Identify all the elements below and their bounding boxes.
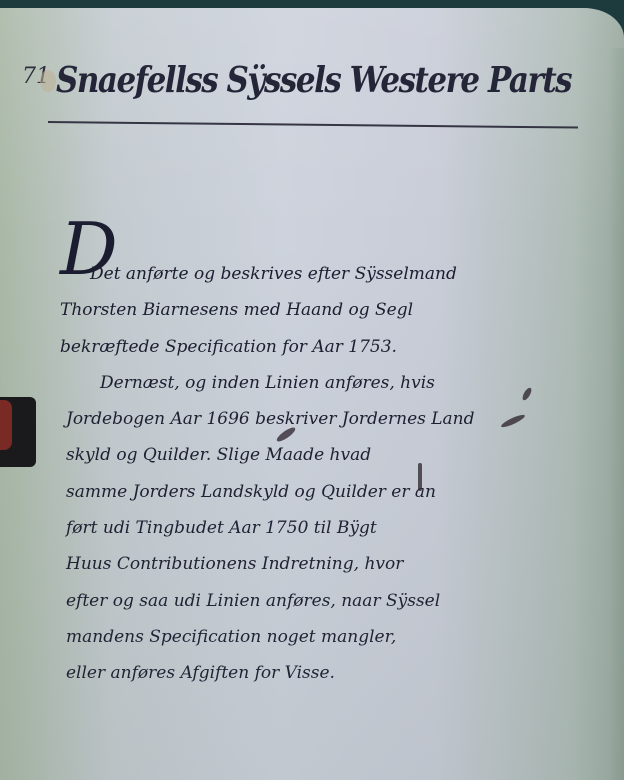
text-line: Thorsten Biarnesens med Haand og Segl <box>50 292 570 328</box>
paper-stain <box>40 70 56 92</box>
text-line: Det anførte og beskrives efter Sÿsselman… <box>50 256 570 292</box>
manuscript-page: 71 Snaefellss Sÿssels Westere Parts D De… <box>0 8 624 780</box>
text-line: Dernæst, og inden Linien anføres, hvis <box>50 365 570 401</box>
text-line: ført udi Tingbudet Aar 1750 til Bÿgt <box>50 510 570 546</box>
text-line: Jordebogen Aar 1696 beskriver Jordernes … <box>50 401 570 437</box>
binder-clip-red-tab <box>0 400 12 450</box>
page-heading: Snaefellss Sÿssels Westere Parts <box>56 60 576 101</box>
text-line: efter og saa udi Linien anføres, naar Sÿ… <box>50 583 570 619</box>
text-line: Huus Contributionens Indretning, hvor <box>50 546 570 582</box>
body-text: Det anførte og beskrives efter Sÿsselman… <box>50 256 570 692</box>
ink-blot <box>418 463 422 491</box>
text-line: mandens Specification noget mangler, <box>50 619 570 655</box>
text-line: skyld og Quilder. Slige Maade hvad <box>50 437 570 473</box>
text-line: samme Jorders Landskyld og Quilder er an <box>50 474 570 510</box>
heading-underline <box>48 121 578 128</box>
page-edge <box>610 48 624 780</box>
text-line: eller anføres Afgiften for Visse. <box>50 655 570 691</box>
text-line: bekræftede Specification for Aar 1753. <box>50 329 570 365</box>
